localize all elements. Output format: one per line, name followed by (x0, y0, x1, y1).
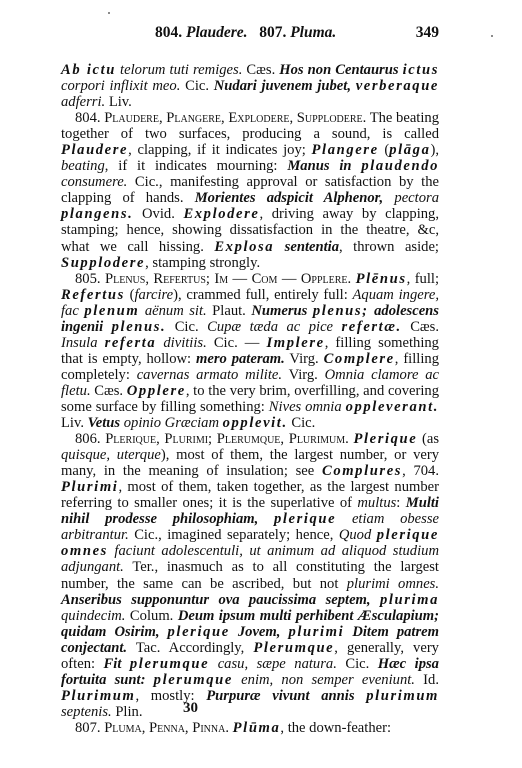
entry-807: 807. Pluma, Penna, Pinna. Plūma, the dow… (61, 720, 439, 736)
text-segment: divitiis. (156, 335, 206, 351)
text-segment: enim, non semper eveniunt. (233, 672, 415, 688)
text-segment: Cic. (288, 415, 316, 431)
text-segment: Quod (339, 527, 377, 543)
text-segment: cavernas armato milite. (137, 367, 282, 383)
text-segment: Jovem, (230, 624, 289, 640)
text-segment: Nudari juvenem jubet, (214, 78, 356, 94)
text-segment: Plerique, Plurimi; Plerumque, Plurimum. (105, 431, 349, 447)
text-segment: Plenus, Refertus; Im — Com — Opplere. (105, 271, 351, 287)
text-segment: Cic. (337, 656, 378, 672)
text-segment: plurima (380, 592, 439, 608)
text-segment: Vetus (88, 415, 124, 431)
text-segment: multus (357, 495, 396, 511)
text-segment: corpori inflixit meo. (61, 78, 180, 94)
text-segment: consumere. (61, 174, 127, 190)
text-segment: Nives omnia (269, 399, 346, 415)
text-segment: Id. (415, 672, 439, 688)
text-segment: , thrown aside; (339, 239, 439, 255)
text-segment: Plūma (233, 720, 281, 736)
text-segment: farcire (135, 287, 174, 303)
entry-806: 806. Plerique, Plurimi; Plerumque, Pluri… (61, 431, 439, 720)
text-segment: quisque, uterque (61, 447, 161, 463)
text-segment: Tac. Accordingly, (127, 640, 253, 656)
scan-speck (108, 12, 110, 14)
text-segment: Insula (61, 335, 105, 351)
text-segment: plāga (389, 142, 430, 158)
text-segment: ( (125, 287, 135, 303)
text-segment: Supplodere (61, 255, 145, 271)
text-segment: Implere (266, 335, 324, 351)
text-segment: Plaudere, Plangere, Explodere, Supploder… (104, 110, 366, 126)
text-segment: plurimi (288, 624, 344, 640)
text-segment: referta (105, 335, 157, 351)
left-entry-number: 804. (155, 24, 182, 41)
text-segment: Virg. (282, 367, 325, 383)
text-segment: Cic., imagined separately; hence, (129, 527, 339, 543)
text-segment: 804. (75, 110, 104, 126)
text-segment: Cic. (166, 319, 207, 335)
paragraph-continuation: Ab ictu telorum tuti remiges. Cæs. Hos n… (61, 62, 439, 110)
page-number: 349 (416, 24, 439, 42)
text-segment: , clapping, if it indicates joy; (128, 142, 311, 158)
text-segment: Complere (324, 351, 395, 367)
text-segment: plangens. (61, 206, 133, 222)
text-segment: Numerus (251, 303, 312, 319)
text-segment: Cic. — (207, 335, 267, 351)
text-segment: , stamping strongly. (145, 255, 260, 271)
text-segment: Explosa (214, 239, 274, 255)
running-head-title: 804. Plaudere. 807. Pluma. (155, 24, 336, 42)
right-entry-number: 807. (259, 24, 286, 41)
text-segment: pectora (394, 190, 439, 206)
text-segment: beating (61, 158, 105, 174)
text-segment: 807. (75, 720, 104, 736)
signature-mark: 30 (183, 700, 198, 717)
text-segment: plenum (84, 303, 139, 319)
text-segment: Plēnus (356, 271, 407, 287)
text-segment: plerumque (130, 656, 209, 672)
text-segment: quindecim. (61, 608, 125, 624)
text-segment: : (396, 495, 405, 511)
text-segment: plerique (168, 624, 230, 640)
text-segment: sententia (274, 239, 339, 255)
text-segment: Cic. (180, 78, 213, 94)
text-segment: ictus (403, 62, 439, 78)
text-segment: Liv. (105, 94, 132, 110)
text-segment: plurimum (366, 688, 439, 704)
text-segment: opinio Græciam (124, 415, 223, 431)
text-segment: Cæs. (91, 383, 127, 399)
text-segment: ), crammed full, entirely full: (173, 287, 352, 303)
text-segment: Cupæ tæda ac pice (207, 319, 341, 335)
text-segment: casu, sæpe natura. (209, 656, 337, 672)
body-text: Ab ictu telorum tuti remiges. Cæs. Hos n… (61, 62, 439, 736)
text-segment: (as (417, 431, 439, 447)
text-segment: Plerique (353, 431, 417, 447)
text-segment: Hos non Centaurus (279, 62, 402, 78)
text-segment: Manus in (287, 158, 361, 174)
text-segment: Plin. (112, 704, 143, 720)
text-segment: Virg. (285, 351, 324, 367)
text-segment: ( (379, 142, 390, 158)
text-segment: mero pateram. (196, 351, 285, 367)
text-segment: , the down-feather: (280, 720, 391, 736)
text-segment: aënum sit. (139, 303, 206, 319)
text-segment: adferri. (61, 94, 105, 110)
entry-804: 804. Plaudere, Plangere, Explodere, Supp… (61, 110, 439, 270)
book-page: 804. Plaudere. 807. Pluma. 349 Ab ictu t… (0, 0, 522, 768)
text-segment: telorum tuti remiges. (116, 62, 242, 78)
text-segment: oppleverant. (346, 399, 439, 415)
text-segment: , 704. (402, 463, 439, 479)
text-segment: Anseribus supponuntur ova paucissima sep… (61, 592, 380, 608)
text-segment: Plaut. (207, 303, 252, 319)
text-segment: plerique (274, 511, 336, 527)
text-segment: Plurimum (61, 688, 135, 704)
text-segment: plurimi omnes. (347, 576, 439, 592)
text-segment: plaudendo (361, 158, 439, 174)
text-segment: Ab ictu (61, 62, 116, 78)
entry-805: 805. Plenus, Refertus; Im — Com — Oppler… (61, 271, 439, 431)
text-segment: plenus; (313, 303, 369, 319)
text-segment: plerumque (154, 672, 233, 688)
text-segment: , full; (407, 271, 439, 287)
text-segment: Cæs. (402, 319, 439, 335)
text-segment: Complures (322, 463, 402, 479)
text-segment: Morientes adspicit Alphenor, (195, 190, 395, 206)
text-segment: Plangere (312, 142, 379, 158)
text-segment: Liv. (61, 415, 88, 431)
text-segment: opplevit. (223, 415, 288, 431)
text-segment: ), (430, 142, 439, 158)
text-segment: septenis. (61, 704, 112, 720)
text-segment: Colum. (125, 608, 177, 624)
scan-speck (491, 35, 493, 37)
text-segment: Plaudere (61, 142, 128, 158)
text-segment: 806. (75, 431, 105, 447)
text-segment: verberaque (356, 78, 439, 94)
text-segment: Cæs. (242, 62, 279, 78)
text-segment: Ovid. (133, 206, 183, 222)
right-entry-word: Pluma. (290, 24, 336, 41)
text-segment: refertæ. (342, 319, 402, 335)
text-segment: Opplere (127, 383, 186, 399)
left-entry-word: Plaudere. (186, 24, 248, 41)
text-segment: Pluma, Penna, Pinna. (104, 720, 229, 736)
text-segment: 805. (75, 271, 105, 287)
text-segment: , if it indicates mourning: (105, 158, 288, 174)
text-segment: Fit (104, 656, 130, 672)
text-segment: Plurimi (61, 479, 118, 495)
text-segment: Plerumque (253, 640, 334, 656)
text-segment: Purpuræ vivunt annis (206, 688, 366, 704)
text-segment: Refertus (61, 287, 125, 303)
text-segment: plenus. (112, 319, 167, 335)
text-segment: Explodere (183, 206, 259, 222)
